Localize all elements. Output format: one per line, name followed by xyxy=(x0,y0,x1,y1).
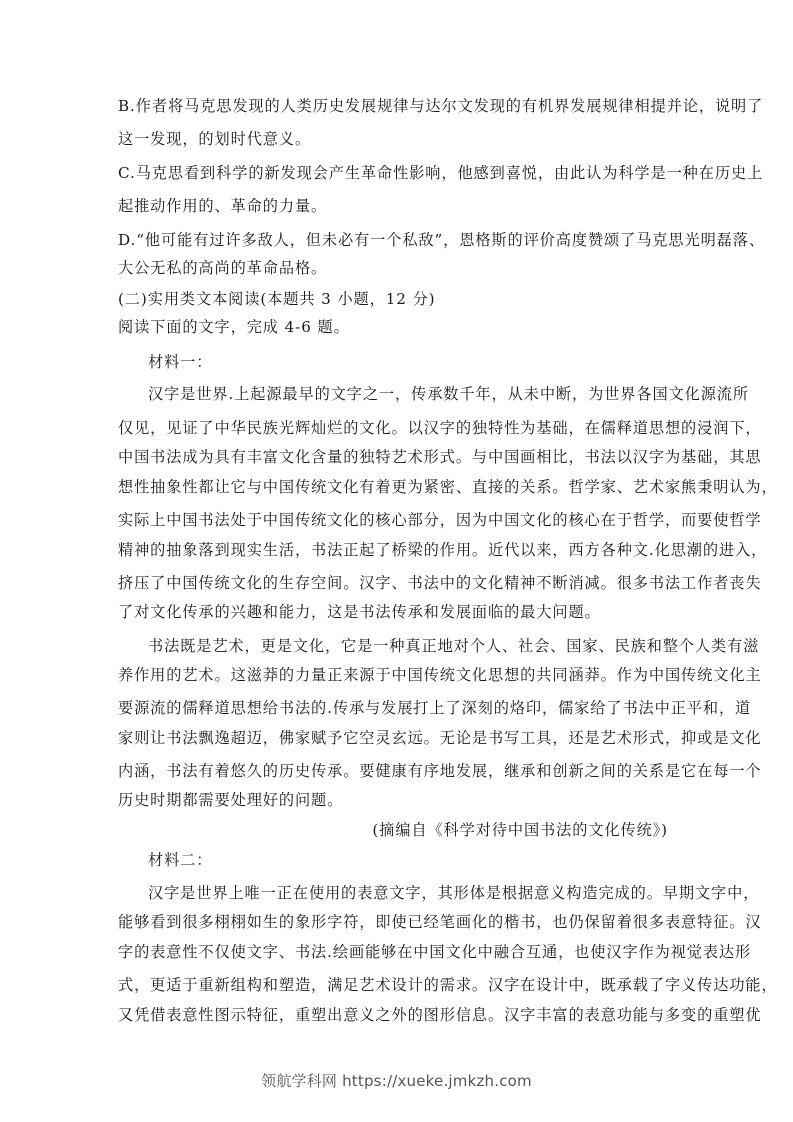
footer-watermark: 领航学科网 https://xueke.jmkzh.com xyxy=(0,1070,793,1091)
material-1-p1-line: 挤压了中国传统文化的生存空间。汉字、书法中的文化精神不断消减。很多书法工作者丧失 xyxy=(118,573,674,593)
option-d-line-2: 大公无私的高尚的革命品格。 xyxy=(118,258,674,278)
section-heading: (二)实用类文本阅读(本题共 3 小题，12 分) xyxy=(118,289,674,309)
material-1-p2-line: 要源流的儒释道思想给书法的.传承与发展打上了深刻的烙印，儒家给了书法中正平和，道 xyxy=(118,698,674,718)
material-2-p1-line: 能够看到很多栩栩如生的象形字符，即使已经笔画化的楷书，也仍保留着很多表意特征。汉 xyxy=(118,912,674,932)
material-1-p1-line: 想性抽象性都让它与中国传统文化有着更为紧密、直接的关系。哲学家、艺术家熊秉明认为… xyxy=(118,477,674,497)
material-1-p2-line: 养作用的艺术。这滋莽的力量正来源于中国传统文化思想的共同涵莽。作为中国传统文化主 xyxy=(118,665,674,685)
material-1-p1-line: 仅见，见证了中华民族光辉灿烂的文化。以汉字的独特性为基础，在儒释道思想的浸润下， xyxy=(118,418,674,438)
material-1-p2-line: 书法既是艺术，更是文化，它是一种真正地对个人、社会、国家、民族和整个人类有滋 xyxy=(148,636,674,656)
option-b-line-2: 这一发现，的划时代意义。 xyxy=(118,129,674,149)
material-2-p1-line: 式，更适于重新组构和塑造，满足艺术设计的需求。汉字在设计中，既承载了字义传达功能… xyxy=(118,975,674,995)
material-1-p1-line: 汉字是世界.上起源最早的文字之一，传承数千年，从未中断，为世界各国文化源流所 xyxy=(148,384,674,404)
material-1-label: 材料一： xyxy=(148,352,674,372)
material-1-p1-line: 精神的抽象落到现实生活，书法正起了桥梁的作用。近代以来，西方各种文.化思潮的进入… xyxy=(118,540,674,560)
material-1-p1-line: 了对文化传承的兴趣和能力，这是书法传承和发展面临的最大问题。 xyxy=(118,602,674,622)
material-2-p1-line: 字的表意性不仅使文字、书法.绘画能够在中国文化中融合互通，也使汉字作为视觉表达形 xyxy=(118,942,674,962)
material-2-label: 材料二： xyxy=(148,850,674,870)
document-page: B.作者将马克思发现的人类历史发展规律与达尔文发现的有机界发展规律相提并论，说明… xyxy=(0,0,793,1122)
option-c-line-2: 起推动作用的、革命的力量。 xyxy=(118,196,674,216)
material-2-p1-line: 又凭借表意性图示特征，重塑出意义之外的图形信息。汉字丰富的表意功能与多变的重塑优 xyxy=(118,1005,674,1025)
option-b-line-1: B.作者将马克思发现的人类历史发展规律与达尔文发现的有机界发展规律相提并论，说明… xyxy=(118,96,674,116)
material-2-p1-line: 汉字是世界上唯一正在使用的表意文字，其形体是根据意义构造完成的。早期文字中， xyxy=(148,883,674,903)
option-d-line-1: D.“他可能有过许多敌人，但未必有一个私敌”，恩格斯的评价高度赞颂了马克思光明磊… xyxy=(118,230,674,250)
material-1-source: (摘编自《科学对待中国书法的文化传统》) xyxy=(118,820,668,840)
section-instruction: 阅读下面的文字，完成 4-6 题。 xyxy=(118,317,674,337)
material-1-p2-line: 历史时期都需要处理好的问题。 xyxy=(118,790,674,810)
material-1-p2-line: 家则让书法飘逸超迈，佛家赋予它空灵玄远。无论是书写工具，还是艺术形式，抑或是文化 xyxy=(118,728,674,748)
material-1-p1-line: 实际上中国书法处于中国传统文化的核心部分，因为中国文化的核心在于哲学，而要使哲学 xyxy=(118,510,674,530)
material-1-p2-line: 内涵，书法有着悠久的历史传承。要健康有序地发展，继承和创新之间的关系是它在每一个 xyxy=(118,761,674,781)
option-c-line-1: C.马克思看到科学的新发现会产生革命性影响，他感到喜悦，由此认为科学是一种在历史… xyxy=(118,163,674,183)
material-1-p1-line: 中国书法成为具有丰富文化含量的独特艺术形式。与中国画相比，书法以汉字为基础，其思 xyxy=(118,447,674,467)
